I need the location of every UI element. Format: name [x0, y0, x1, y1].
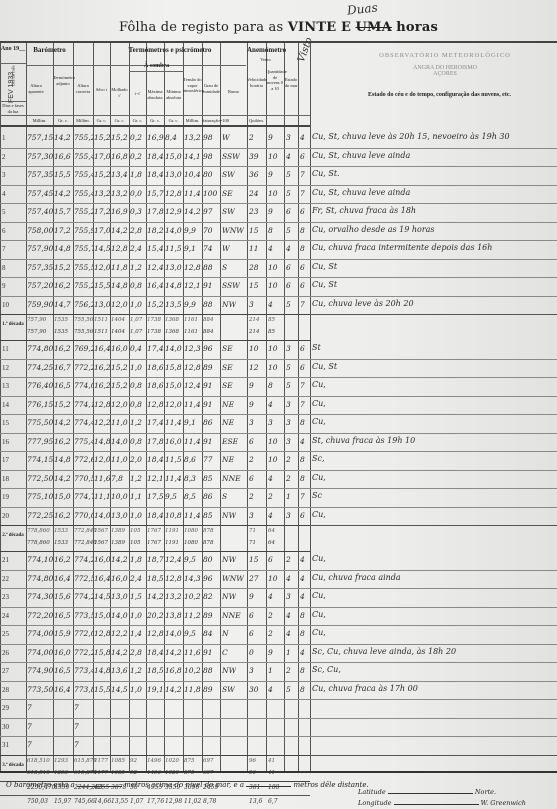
- cell-neb: 2: [268, 629, 273, 638]
- decade-sum: 778,860: [27, 528, 50, 534]
- cell-alt: 776,15: [27, 400, 53, 409]
- cell-seco: 15,2: [94, 170, 110, 179]
- cell-hum: 98: [203, 152, 213, 161]
- cell-rumo: WNW: [222, 574, 244, 583]
- cell-min: 13,0: [165, 263, 182, 272]
- sky-remark: St: [312, 343, 321, 352]
- cell-mar: 2: [286, 555, 291, 564]
- row-rule: [0, 625, 557, 626]
- cell-tadj: 15,0: [54, 492, 71, 501]
- unit-label: Gr. c.: [93, 118, 110, 123]
- column-header: Termómetro adjunto: [53, 75, 73, 86]
- row-rule: [0, 662, 557, 663]
- cell-mar: 5: [286, 363, 291, 372]
- cell-vel: 15: [249, 555, 259, 564]
- decade-sum: 1368: [165, 329, 179, 335]
- data-table: Ano 19__BarómetroTermómetros e psicrómet…: [0, 43, 557, 773]
- units-rule: [0, 115, 310, 116]
- cell-corr: 772,07: [74, 629, 93, 638]
- decade-sum: 1293: [54, 758, 68, 764]
- day-number: 15: [2, 419, 9, 427]
- cell-est: 7: [300, 170, 305, 179]
- day-number: 14: [2, 401, 9, 409]
- cell-neb: 4: [268, 592, 273, 601]
- decade-sum: 618,510: [27, 758, 50, 764]
- cell-seco: 16,4: [94, 344, 110, 353]
- decade-sum: 1533: [54, 528, 68, 534]
- unit-label: Millim.: [183, 118, 202, 123]
- day-number: 29: [2, 704, 9, 712]
- cell-neb: 8: [268, 226, 273, 235]
- cell-dif: 0,8: [130, 281, 142, 290]
- cell-neb: 10: [268, 189, 278, 198]
- cell-min: 11,4: [165, 418, 182, 427]
- unit-label: Gr. c.: [53, 118, 73, 123]
- cell-tens: 8,6: [184, 455, 196, 464]
- day-number: 22: [2, 575, 9, 583]
- cell-mar: 5: [286, 685, 291, 694]
- cell-rumo: ESE: [222, 437, 238, 446]
- cell-molh: 13,6: [111, 666, 128, 675]
- cell-tens: 10,2: [184, 666, 201, 675]
- cell-hum: 96: [203, 344, 213, 353]
- decade-sum: 105: [130, 528, 141, 534]
- cell-est: 7: [300, 189, 305, 198]
- cell-corr: 773,40: [74, 666, 93, 675]
- cell-est: 6: [300, 207, 305, 216]
- cell-corr: 774,78: [74, 492, 93, 501]
- cell-mar: 6: [286, 281, 291, 290]
- decade-sum: 1,07: [130, 317, 142, 323]
- row-rule: [0, 736, 557, 737]
- cell-vel: 28: [249, 263, 259, 272]
- cell-rumo: NW: [222, 511, 236, 520]
- cell-molh: 7,8: [111, 474, 123, 483]
- decade-sum: 1767: [147, 528, 161, 534]
- cell-corr: 772,28: [74, 648, 93, 657]
- cell-mar: 2: [286, 474, 291, 483]
- cell-seco: 14,8: [94, 437, 110, 446]
- cell-corr: 772,23: [74, 363, 93, 372]
- cell-vel: 9: [249, 592, 254, 601]
- cell-rumo: SW: [222, 685, 235, 694]
- row-rule: [0, 359, 557, 360]
- cell-mar: 3: [286, 511, 291, 520]
- cell-min: 14,2: [165, 648, 182, 657]
- cell-rumo: SE: [222, 344, 233, 353]
- decade-sum: 878: [203, 540, 214, 546]
- cell-tens: 11,4: [184, 400, 201, 409]
- sky-remark: Cu,: [312, 473, 326, 482]
- cell-neb: 10: [268, 574, 278, 583]
- row-rule: [0, 414, 557, 415]
- sky-remark: Cu,: [312, 510, 326, 519]
- cell-tens: 9,1: [184, 418, 196, 427]
- total-value: 17,76: [147, 798, 164, 805]
- cell-max: 16,9: [147, 133, 164, 142]
- cell-est: 8: [300, 474, 305, 483]
- day-number: 7: [2, 245, 6, 253]
- cell-min: 11,4: [165, 474, 182, 483]
- cell-tadj: 16,7: [54, 363, 71, 372]
- cell-min: 11,5: [165, 244, 182, 253]
- cell-neb: 10: [268, 263, 278, 272]
- cell-dif: 2,0: [130, 455, 142, 464]
- day-number: 4: [2, 190, 6, 198]
- cell-dif: 2,4: [130, 244, 142, 253]
- cell-tadj: 14,2: [54, 133, 71, 142]
- cell-dif: 1,8: [130, 555, 142, 564]
- cell-neb: 9: [268, 207, 273, 216]
- cell-vel: 23: [249, 207, 259, 216]
- decade-sum: 92: [130, 758, 137, 764]
- cell-neb: 10: [268, 455, 278, 464]
- cell-rumo: NW: [222, 300, 236, 309]
- cell-seco: 15,2: [94, 133, 110, 142]
- decade-sum: 1,07: [130, 329, 142, 335]
- unit-label: Gr. c.: [164, 118, 183, 123]
- cell-molh: 12,0: [111, 400, 128, 409]
- cell-vel: 6: [249, 474, 254, 483]
- cell-tens: 9,5: [184, 629, 196, 638]
- row-rule: [0, 607, 557, 608]
- cell-tadj: 16,2: [54, 344, 71, 353]
- cell-vel: 6: [249, 437, 254, 446]
- cell-max: 15,4: [147, 244, 164, 253]
- cell-seco: 13,0: [94, 300, 110, 309]
- cell-tadj: 15,9: [54, 629, 71, 638]
- cell-est: 6: [300, 344, 305, 353]
- decade-sum: 884: [203, 329, 214, 335]
- sombra-rule: [129, 71, 184, 72]
- day-number: 30: [2, 723, 9, 731]
- cell-corr: 774,11: [74, 400, 93, 409]
- cell-tadj: 16,2: [54, 555, 71, 564]
- cell-corr: 755,48: [74, 189, 93, 198]
- cell-rumo: SSW: [222, 281, 240, 290]
- cell-tadj: 14,8: [54, 244, 71, 253]
- day-number: 8: [2, 264, 6, 272]
- cell-corr: 772,52: [74, 574, 93, 583]
- cell-min: 13,8: [165, 611, 182, 620]
- cell-vel: 15: [249, 281, 259, 290]
- cell-max: 18,5: [147, 666, 164, 675]
- cell-alt: 775,10: [27, 492, 53, 501]
- cell-max: 15,2: [147, 300, 164, 309]
- column-divider: [298, 43, 299, 773]
- row-rule: [0, 166, 557, 167]
- row-rule: [0, 470, 557, 471]
- cell-neb: 10: [268, 344, 278, 353]
- column-header: Estado do mar: [284, 77, 298, 88]
- cell-min: 14,2: [165, 685, 182, 694]
- decade-sum: 1567: [94, 528, 108, 534]
- column-divider: [266, 43, 267, 773]
- decade-sum: 757,90: [27, 329, 46, 335]
- cell-seco: 11,1: [94, 492, 110, 501]
- column-header: Termómetros e psicrómetro: [93, 47, 247, 54]
- column-header: Vento: [247, 57, 284, 63]
- decade-label: 2.ª década: [1, 533, 25, 539]
- sky-remark: Cu,: [312, 417, 326, 426]
- column-divider: [310, 43, 311, 773]
- day-number: 9: [2, 282, 6, 290]
- cell-hum: 70: [203, 226, 213, 235]
- sky-state-header: Estado do céu e do tempo, configuração d…: [368, 92, 511, 98]
- day-number: 26: [2, 649, 9, 657]
- cell-vel: 3: [249, 666, 254, 675]
- cell-alt: 757,45: [27, 189, 53, 198]
- cell-rumo: NW: [222, 592, 236, 601]
- day-number: 20: [2, 512, 9, 520]
- day-number: 17: [2, 456, 9, 464]
- row-rule: [0, 718, 557, 719]
- cell-tadj: 14,2: [54, 474, 71, 483]
- decade-label: 1.ª década: [1, 322, 25, 328]
- decade-sum: 1738: [147, 329, 161, 335]
- day-number: 12: [2, 364, 9, 372]
- cell-tadj: 15,6: [54, 592, 71, 601]
- cell-seco: 12,2: [94, 418, 110, 427]
- cell-alt: 774,00: [27, 629, 53, 638]
- cell-min: 12,0: [165, 400, 182, 409]
- cell-mar: 3: [286, 133, 291, 142]
- cell-rumo: W: [222, 244, 230, 253]
- total-value: 14,66: [94, 798, 111, 805]
- cell-hum: 80: [203, 555, 213, 564]
- latitude-line: Latitude Norte.: [358, 788, 496, 796]
- decade-rule: [0, 551, 310, 552]
- total-value: 11,02: [184, 798, 201, 805]
- cell-mar: 6: [286, 207, 291, 216]
- cell-rumo: NNE: [222, 611, 241, 620]
- cell-max: 18,4: [147, 152, 164, 161]
- cell-rumo: NE: [222, 455, 234, 464]
- cell-rumo: NE: [222, 400, 234, 409]
- cell-seco: 16,2: [94, 363, 110, 372]
- cell-min: 12,8: [165, 574, 182, 583]
- cell-max: 16,4: [147, 281, 164, 290]
- cell-hum: 91: [203, 281, 213, 290]
- cell-seco: 17,0: [94, 226, 110, 235]
- cell-molh: 13,0: [111, 511, 128, 520]
- cell-vel: 30: [249, 685, 259, 694]
- day-number: 1: [2, 134, 6, 142]
- cell-molh: 14,2: [111, 226, 128, 235]
- cell-tens: 11,6: [184, 648, 201, 657]
- cell-corr: 755,74: [74, 244, 93, 253]
- column-header: Barómetro: [26, 47, 73, 54]
- cell-molh: 12,2: [111, 629, 128, 638]
- handwritten-correction: Duas: [346, 0, 378, 17]
- cell-seco: 14,5: [94, 244, 110, 253]
- column-header: Máxima absoluta: [146, 89, 164, 100]
- sky-remark: Sc, Cu, chuva leve ainda, às 18h 20: [312, 647, 456, 656]
- column-header: t−t': [129, 91, 146, 97]
- column-divider: [284, 43, 285, 773]
- sky-remark: Sc, Cu,: [312, 665, 341, 674]
- cell-corr: 773,59: [74, 611, 93, 620]
- cell-molh: 16,8: [111, 152, 128, 161]
- decade-sum: 1511: [94, 317, 108, 323]
- cell-max: 18,2: [147, 226, 164, 235]
- cell-tens: 12,3: [184, 344, 201, 353]
- row-rule: [0, 570, 557, 571]
- cell-seco: 14,8: [94, 666, 110, 675]
- cell-tadj: 16,2: [54, 281, 71, 290]
- cell-vel: 12: [249, 363, 259, 372]
- cell-max: 12,1: [147, 474, 164, 483]
- cell-molh: 12,0: [111, 300, 128, 309]
- cell-tens: 14,3: [184, 574, 201, 583]
- cell-est: 6: [300, 281, 305, 290]
- cell-hum: 96: [203, 574, 213, 583]
- cell-tadj: 15,2: [54, 400, 71, 409]
- cell-min: 14,0: [165, 629, 182, 638]
- cell-est: 7: [300, 300, 305, 309]
- cell-mar: 4: [286, 152, 291, 161]
- cell-alt: 774,25: [27, 363, 53, 372]
- cell-seco: 15,0: [94, 611, 110, 620]
- unit-label: Millim.: [26, 118, 53, 123]
- cell-neb: 1: [268, 666, 273, 675]
- cell-dif: 1,1: [130, 492, 142, 501]
- cell-tadj: 16,4: [54, 574, 71, 583]
- cell-alt: 773,50: [27, 685, 53, 694]
- cell-tens: 10,2: [184, 592, 201, 601]
- cell-dif: 1,2: [130, 666, 142, 675]
- cell-neb: 4: [268, 474, 273, 483]
- day-number: 3: [2, 171, 6, 179]
- cell-rumo: S: [222, 263, 227, 272]
- column-header: Grau de humidade: [202, 83, 220, 94]
- decade-sum: 96: [249, 758, 256, 764]
- cell-max: 19,1: [147, 685, 164, 694]
- decade-sum: 1767: [147, 540, 161, 546]
- cell-rumo: NNE: [222, 474, 241, 483]
- cell-alt: 7: [27, 703, 32, 712]
- decade-sum: 1511: [94, 329, 108, 335]
- decade-sum: 697: [203, 758, 214, 764]
- row-rule: [0, 396, 557, 397]
- cell-vel: 3: [249, 300, 254, 309]
- cell-vel: 27: [249, 574, 259, 583]
- cell-dif: 1,0: [130, 363, 142, 372]
- decade-sum: 85: [268, 317, 275, 323]
- cell-min: 13,2: [165, 592, 182, 601]
- cell-hum: 89: [203, 611, 213, 620]
- cell-alt: 774,80: [27, 574, 53, 583]
- cell-neb: 10: [268, 152, 278, 161]
- decade-sum: 64: [268, 528, 275, 534]
- decade-sum: 1161: [184, 317, 198, 323]
- column-header: À sombra: [129, 63, 184, 70]
- day-number: 24: [2, 612, 9, 620]
- cell-dif: 0,0: [130, 189, 142, 198]
- cell-tadj: 17,2: [54, 226, 71, 235]
- cell-hum: 86: [203, 418, 213, 427]
- cell-tadj: 16,4: [54, 685, 71, 694]
- cell-tens: 11,4: [184, 511, 201, 520]
- cell-hum: 88: [203, 666, 213, 675]
- page-title: Fôlha de registo para as VINTE E UMA hor…: [0, 20, 557, 35]
- cell-hum: 74: [203, 244, 213, 253]
- cell-tadj: 16,0: [54, 648, 71, 657]
- cell-seco: 14,0: [94, 511, 110, 520]
- cell-rumo: W: [222, 133, 230, 142]
- cell-neb: 4: [268, 511, 273, 520]
- cell-min: 15,8: [165, 363, 182, 372]
- cell-dif: 0,2: [130, 133, 142, 142]
- cell-corr: 770,03: [74, 511, 93, 520]
- cell-corr: 769,25: [74, 344, 93, 353]
- cell-est: 8: [300, 418, 305, 427]
- cell-alt: 774,15: [27, 455, 53, 464]
- cell-corr: 755,40: [74, 152, 93, 161]
- cell-neb: 9: [268, 648, 273, 657]
- cell-mar: 5: [286, 300, 291, 309]
- remark-rule: [310, 525, 557, 526]
- cell-max: 18,4: [147, 511, 164, 520]
- total-value: 1,07: [130, 798, 143, 805]
- day-number: 10: [2, 301, 9, 309]
- sky-remark: Cu, orvalho desde as 19 horas: [312, 225, 435, 234]
- cell-alt: 772,20: [27, 611, 53, 620]
- cell-alt: 758,00: [27, 226, 53, 235]
- cell-tens: 11,2: [184, 611, 201, 620]
- decade-sum: 1567: [94, 540, 108, 546]
- cell-vel: 39: [249, 152, 259, 161]
- cell-hum: 91: [203, 648, 213, 657]
- cell-max: 17,4: [147, 418, 164, 427]
- cell-corr: 755,50: [74, 263, 93, 272]
- cell-molh: 13,4: [111, 170, 128, 179]
- cell-corr: 7: [74, 722, 79, 731]
- day-number: 13: [2, 382, 9, 390]
- sky-remark: Cu, chuva leve às 20h 20: [312, 299, 414, 308]
- cell-molh: 14,0: [111, 611, 128, 620]
- decade-sum: 214: [249, 329, 260, 335]
- cell-est: 6: [300, 511, 305, 520]
- altitude-blank: [77, 786, 122, 787]
- unit-label: Quilóm.: [247, 118, 266, 123]
- cell-vel: 10: [249, 344, 259, 353]
- cell-est: 4: [300, 592, 305, 601]
- remark-rule: [310, 314, 557, 315]
- cell-alt: 757,90: [27, 244, 53, 253]
- total-value: 8,78: [203, 798, 216, 805]
- cell-corr: 7: [74, 740, 79, 749]
- column-header: Sêco t: [93, 87, 110, 93]
- decade-sum: 1080: [184, 540, 198, 546]
- day-number: 11: [2, 345, 9, 353]
- decade-sum: 71: [249, 528, 256, 534]
- observatory-stamp: OBSERVATÓRIO METEOROLÓGICO ANGRA DO HERO…: [360, 52, 530, 77]
- cell-tens: 12,8: [184, 263, 201, 272]
- column-header: Altura aparente: [26, 83, 46, 94]
- cell-corr: 774,43: [74, 418, 93, 427]
- cell-neb: 9: [268, 133, 273, 142]
- decade-sum: 1533: [54, 540, 68, 546]
- row-rule: [0, 488, 557, 489]
- cell-dif: 1,0: [130, 511, 142, 520]
- cell-dif: 1,0: [130, 300, 142, 309]
- cell-tadj: 16,6: [54, 152, 71, 161]
- decade-sum: 1389: [111, 528, 125, 534]
- sky-remark: Cu, St: [312, 362, 337, 371]
- cell-neb: 2: [268, 492, 273, 501]
- cell-corr: 774,04: [74, 381, 93, 390]
